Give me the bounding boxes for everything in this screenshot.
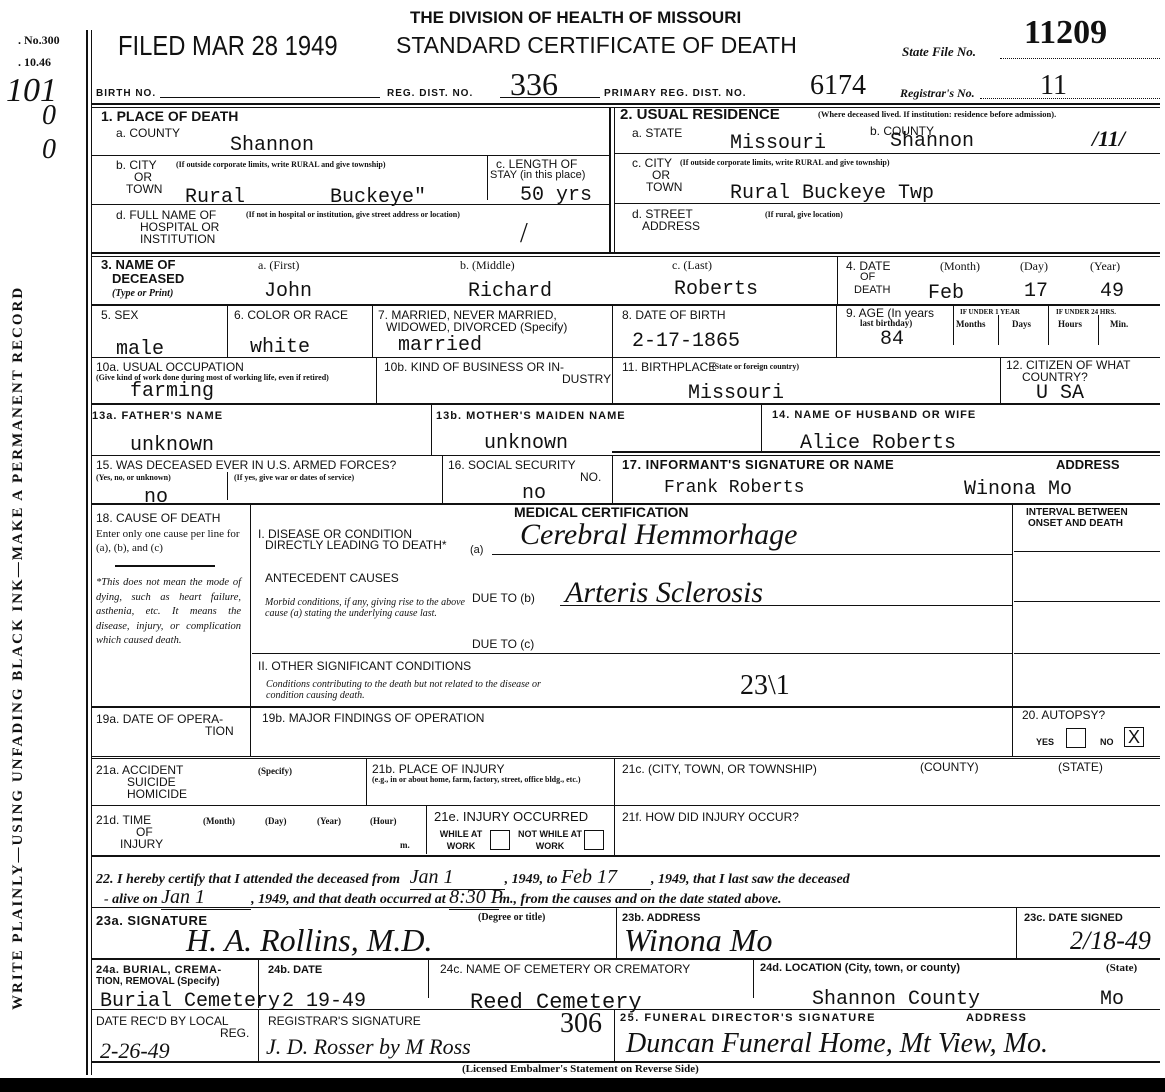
ssn-label: 16. SOCIAL SECURITY xyxy=(448,458,576,472)
marital-value: married xyxy=(398,334,482,357)
hospital-label-3: INSTITUTION xyxy=(140,232,215,246)
funeral-director-signature: Duncan Funeral Home, Mt View, Mo. xyxy=(626,1028,1048,1060)
date-signed-value: 2/18-49 xyxy=(1070,926,1151,956)
time-hour: (Hour) xyxy=(370,816,397,826)
rule xyxy=(1000,358,1001,403)
citizen-value: U SA xyxy=(1036,382,1084,405)
autopsy-no-checkbox[interactable]: X xyxy=(1124,727,1144,747)
middle-name-value: Richard xyxy=(468,280,552,303)
header-rule xyxy=(91,103,1160,105)
autopsy-label: 20. AUTOPSY? xyxy=(1022,708,1105,722)
birthplace-value: Missouri xyxy=(688,382,784,405)
res-city-value: Rural Buckeye Twp xyxy=(730,182,934,205)
father-value: unknown xyxy=(130,434,214,457)
birth-no-label: BIRTH NO. xyxy=(96,88,156,99)
rule xyxy=(92,1009,1160,1010)
rule xyxy=(1014,653,1160,654)
res-county-mark: /11/ xyxy=(1092,126,1125,152)
first-name-value: John xyxy=(264,280,312,303)
vertical-instruction: WRITE PLAINLY—USING UNFADING BLACK INK—M… xyxy=(10,286,27,1010)
location-state-value: Mo xyxy=(1100,988,1124,1011)
place-of-death-title: 1. PLACE OF DEATH xyxy=(101,108,238,124)
division-title: THE DIVISION OF HEALTH OF MISSOURI xyxy=(410,8,741,28)
not-while-at-work-checkbox[interactable] xyxy=(584,830,604,850)
cause-a-value: Cerebral Hemmorhage xyxy=(520,518,797,552)
rule xyxy=(609,107,611,252)
injury-state-label: (STATE) xyxy=(1058,760,1103,774)
business-label-2: DUSTRY xyxy=(562,372,611,386)
place-injury-label: 21b. PLACE OF INJURY xyxy=(372,762,505,776)
rule xyxy=(92,958,1160,960)
autopsy-yes-label: YES xyxy=(1036,737,1054,747)
death-at-label: , and that death occurred at xyxy=(286,892,445,907)
rule xyxy=(442,456,443,504)
res-state-label: a. STATE xyxy=(632,126,682,140)
last-name-label: c. (Last) xyxy=(672,258,712,273)
cause-note: Enter only one cause per line for (a), (… xyxy=(96,527,246,555)
alive-on-label: alive on xyxy=(112,892,158,907)
time-month: (Month) xyxy=(203,816,235,826)
residence-title: 2. USUAL RESIDENCE xyxy=(620,106,780,123)
rule xyxy=(92,706,1160,708)
birthplace-label: 11. BIRTHPLACE xyxy=(622,360,716,374)
margin-number-300: . No.300 xyxy=(18,33,60,48)
rule xyxy=(115,565,215,567)
homicide-label: HOMICIDE xyxy=(127,787,187,801)
margin-number-1046: . 10.46 xyxy=(18,55,51,70)
city-note: (If outside corporate limits, write RURA… xyxy=(176,160,386,170)
due-c-label: DUE TO (c) xyxy=(472,637,534,651)
rule xyxy=(258,960,259,1008)
father-label: 13a. FATHER'S NAME xyxy=(92,410,223,422)
county-label: a. COUNTY xyxy=(116,126,180,140)
certify-text-a: 22. I hereby certify that I attended the… xyxy=(96,872,400,887)
cemetery-value: Reed Cemetery xyxy=(470,990,642,1015)
certify-to: , to xyxy=(540,872,558,887)
mother-label: 13b. MOTHER'S MAIDEN NAME xyxy=(436,410,626,422)
ssn-label-2: NO. xyxy=(580,470,601,484)
middle-name-label: b. (Middle) xyxy=(460,258,515,273)
hospital-value: / xyxy=(520,218,528,250)
res-street-note: (If rural, give location) xyxy=(765,210,843,220)
rule xyxy=(431,404,432,456)
rule xyxy=(837,256,838,304)
dob-value: 2-17-1865 xyxy=(632,330,740,353)
rule xyxy=(252,653,1012,654)
rule xyxy=(1014,551,1160,552)
marital-label-2: WIDOWED, DIVORCED (Specify) xyxy=(386,320,567,334)
rule xyxy=(92,455,612,456)
how-injury-label: 21f. HOW DID INJURY OCCUR? xyxy=(622,810,799,824)
rule xyxy=(258,1010,259,1062)
date-signed-label: 23c. DATE SIGNED xyxy=(1024,912,1123,924)
rule xyxy=(612,456,613,504)
location-value: Shannon County xyxy=(812,988,980,1011)
rule xyxy=(1012,504,1013,708)
funeral-director-label: 25. FUNERAL DIRECTOR'S SIGNATURE xyxy=(620,1012,876,1024)
registrar-label: Registrar's No. xyxy=(900,86,975,101)
informant-value: Frank Roberts xyxy=(664,478,804,498)
physician-signature: H. A. Rollins, M.D. xyxy=(186,922,433,959)
rule xyxy=(998,315,999,345)
registrar-line xyxy=(980,98,1160,99)
op-date-label-2: TION xyxy=(205,724,234,738)
rule xyxy=(92,805,1160,806)
autopsy-no-label: NO xyxy=(1100,737,1114,747)
physician-address: Winona Mo xyxy=(624,922,772,959)
due-b-label: DUE TO (b) xyxy=(472,591,535,605)
margin-handwritten-0a: 0 xyxy=(42,100,56,132)
injury-city-label: 21c. (CITY, TOWN, OR TOWNSHIP) xyxy=(622,762,817,776)
other-conditions-label: II. OTHER SIGNIFICANT CONDITIONS xyxy=(258,659,471,673)
rule xyxy=(614,1010,615,1062)
race-label: 6. COLOR OR RACE xyxy=(234,308,348,322)
while-at-work-checkbox[interactable] xyxy=(490,830,510,850)
rule xyxy=(92,907,1160,908)
embalmer-note: (Licensed Embalmer's Statement on Revers… xyxy=(462,1063,699,1075)
primary-reg-number: 6174 xyxy=(810,70,866,102)
min-label: Min. xyxy=(1110,319,1128,329)
rule xyxy=(614,759,615,855)
dob-label: 8. DATE OF BIRTH xyxy=(622,308,726,322)
rule xyxy=(560,605,1012,606)
cemetery-label: 24c. NAME OF CEMETERY OR CREMATORY xyxy=(440,962,690,976)
dod-day-label: (Day) xyxy=(1020,259,1048,274)
first-name-label: a. (First) xyxy=(258,258,299,273)
race-value: white xyxy=(250,336,310,359)
rule xyxy=(836,305,837,358)
dod-year-value: 49 xyxy=(1100,280,1124,303)
rule xyxy=(227,472,228,500)
rule xyxy=(612,455,1160,456)
rule xyxy=(753,960,754,998)
age-label-2: last birthday) xyxy=(860,318,912,328)
armed-forces-label: 15. WAS DECEASED EVER IN U.S. ARMED FORC… xyxy=(96,458,396,472)
registrar-signature: J. D. Rosser by M Ross xyxy=(266,1034,471,1060)
rule xyxy=(1098,315,1099,345)
death-township-value: Buckeye" xyxy=(330,186,426,209)
state-file-number: 11209 xyxy=(1024,14,1107,52)
frame-left-inner xyxy=(91,30,92,1075)
other-conditions-note: Conditions contributing to the death but… xyxy=(266,679,566,701)
city-town-label: TOWN xyxy=(126,182,162,196)
burial-label-2: TION, REMOVAL (Specify) xyxy=(96,976,220,987)
informant-label: 17. INFORMANT'S SIGNATURE OR NAME xyxy=(622,457,894,472)
degree-label: (Degree or title) xyxy=(478,913,545,923)
certify-text-b: , that I last saw the deceased xyxy=(686,872,850,887)
death-county-value: Shannon xyxy=(230,134,314,157)
name-label-2: DECEASED xyxy=(112,271,184,286)
other-conditions-mark: 23\1 xyxy=(740,670,790,702)
name-note: (Type or Print) xyxy=(112,288,173,299)
i-label-2: DIRECTLY LEADING TO DEATH* xyxy=(265,538,447,552)
accident-specify: (Specify) xyxy=(258,766,292,776)
burial-date-label: 24b. DATE xyxy=(268,964,322,976)
dod-month-value: Feb xyxy=(928,282,964,305)
residence-note: (Where deceased lived. If institution: r… xyxy=(818,109,1158,120)
time-day: (Day) xyxy=(265,816,287,826)
primary-reg-label: PRIMARY REG. DIST. NO. xyxy=(604,88,747,99)
rule xyxy=(92,304,1160,306)
margin-handwritten-0b: 0 xyxy=(42,134,56,166)
place-injury-note: (e.g., in or about home, farm, factory, … xyxy=(372,775,612,785)
rule xyxy=(612,451,1160,453)
rule xyxy=(428,960,429,998)
rule xyxy=(92,204,610,205)
rule xyxy=(487,156,488,200)
injury-county-label: (COUNTY) xyxy=(920,760,979,774)
armed-note-2: (If yes, give war or dates of service) xyxy=(234,473,354,483)
not-while-at-work-label: NOT WHILE AT WORK xyxy=(518,828,582,852)
registrar-number-stamp: 306 xyxy=(560,1008,602,1040)
rule xyxy=(92,252,1160,254)
death-city-value: Rural xyxy=(185,186,245,209)
informant-address-value: Winona Mo xyxy=(964,478,1072,501)
rule xyxy=(92,403,1160,405)
time-year: (Year) xyxy=(317,816,341,826)
armed-value: no xyxy=(144,486,168,509)
stay-label-2: STAY (in this place) xyxy=(490,169,585,181)
certify-text-c: m., from the causes and on the date stat… xyxy=(499,892,781,907)
rule xyxy=(250,504,251,708)
rule xyxy=(92,155,610,156)
rule xyxy=(227,305,228,358)
rule xyxy=(616,908,617,958)
ssn-value: no xyxy=(522,482,546,505)
frame-left xyxy=(86,30,88,1075)
rule xyxy=(615,203,1160,204)
rule xyxy=(1012,708,1013,756)
rule xyxy=(92,758,1160,759)
time-injury-label-3: INJURY xyxy=(120,837,163,851)
last-name-value: Roberts xyxy=(674,278,758,301)
rule xyxy=(953,305,954,345)
occupation-label: 10a. USUAL OCCUPATION xyxy=(96,360,244,374)
date-received-label-2: REG. xyxy=(220,1026,249,1040)
armed-note-1: (Yes, no, or unknown) xyxy=(96,473,171,483)
state-file-label: State File No. xyxy=(902,44,976,60)
rule xyxy=(426,806,427,854)
hospital-note: (If not in hospital or institution, give… xyxy=(246,210,460,220)
dod-month-label: (Month) xyxy=(940,259,980,274)
hours-label: Hours xyxy=(1058,319,1082,329)
interval-label-2: ONSET AND DEATH xyxy=(1028,518,1123,529)
rule xyxy=(1048,305,1049,345)
spouse-label: 14. NAME OF HUSBAND OR WIFE xyxy=(772,409,976,421)
rule xyxy=(612,305,613,403)
rule xyxy=(366,759,367,805)
rule xyxy=(614,107,615,252)
cause-footnote: *This does not mean the mode of dying, s… xyxy=(96,576,241,649)
res-city-note: (If outside corporate limits, write RURA… xyxy=(680,158,890,168)
autopsy-yes-checkbox[interactable] xyxy=(1066,728,1086,748)
birth-no-line xyxy=(160,97,380,98)
rule xyxy=(1014,601,1160,602)
mother-value: unknown xyxy=(484,432,568,455)
months-label: Months xyxy=(956,319,986,329)
alive-year: , 1949 xyxy=(251,892,286,907)
date-received-label: DATE REC'D BY LOCAL xyxy=(96,1014,229,1028)
burial-label: 24a. BURIAL, CREMA- xyxy=(96,964,222,976)
antecedent-note: Morbid conditions, if any, giving rise t… xyxy=(265,597,475,619)
rule xyxy=(1016,908,1017,958)
funeral-address-label: ADDRESS xyxy=(966,1012,1027,1024)
registrar-signature-label: REGISTRAR'S SIGNATURE xyxy=(268,1014,421,1028)
business-label: 10b. KIND OF BUSINESS OR IN- xyxy=(384,360,564,374)
under-24-hrs-label: IF UNDER 24 HRS. xyxy=(1056,307,1116,317)
rule xyxy=(372,305,373,358)
reg-dist-line xyxy=(500,97,600,98)
dod-day-value: 17 xyxy=(1024,280,1048,303)
informant-address-label: ADDRESS xyxy=(1056,457,1120,472)
state-file-line xyxy=(1000,58,1160,59)
days-label: Days xyxy=(1012,319,1031,329)
res-county-value: Shannon xyxy=(890,130,974,153)
location-state-label: (State) xyxy=(1106,963,1137,973)
time-m: m. xyxy=(400,840,410,850)
rule xyxy=(92,256,1160,257)
rule xyxy=(250,708,251,756)
age-value: 84 xyxy=(880,328,904,351)
dod-label-2: OF xyxy=(860,271,875,283)
under-1-year-label: IF UNDER 1 YEAR xyxy=(960,307,1020,317)
rule xyxy=(761,404,762,452)
dod-label-3: DEATH xyxy=(854,284,890,296)
res-state-value: Missouri xyxy=(730,132,826,155)
scan-bottom-edge xyxy=(0,1078,1165,1092)
res-city-town: TOWN xyxy=(646,180,682,194)
antecedent-label: ANTECEDENT CAUSES xyxy=(265,571,399,585)
rule xyxy=(615,153,1160,154)
certify-to-year: , 1949 xyxy=(651,872,686,887)
rule xyxy=(92,756,1160,757)
certificate-title: STANDARD CERTIFICATE OF DEATH xyxy=(396,32,797,59)
sex-label: 5. SEX xyxy=(101,308,138,322)
filed-stamp: FILED MAR 28 1949 xyxy=(118,30,338,62)
rule xyxy=(492,554,1012,555)
dod-year-label: (Year) xyxy=(1090,259,1120,274)
res-street-label-2: ADDRESS xyxy=(642,219,700,233)
occupation-value: farming xyxy=(130,380,214,403)
interval-label: INTERVAL BETWEEN xyxy=(1026,507,1128,518)
a-marker: (a) xyxy=(470,544,483,556)
while-at-work-label: WHILE AT WORK xyxy=(432,828,490,852)
location-label: 24d. LOCATION (City, town, or county) xyxy=(760,962,960,974)
certify-from-year: , 1949 xyxy=(505,872,540,887)
cause-label: 18. CAUSE OF DEATH xyxy=(96,511,220,525)
birthplace-note: (State or foreign country) xyxy=(712,362,799,372)
rule xyxy=(92,855,1160,857)
rule xyxy=(376,358,377,403)
op-findings-label: 19b. MAJOR FINDINGS OF OPERATION xyxy=(262,711,484,725)
name-label: 3. NAME OF xyxy=(101,259,175,271)
injury-occurred-label: 21e. INJURY OCCURRED xyxy=(434,809,588,824)
reg-dist-label: REG. DIST. NO. xyxy=(387,88,473,99)
